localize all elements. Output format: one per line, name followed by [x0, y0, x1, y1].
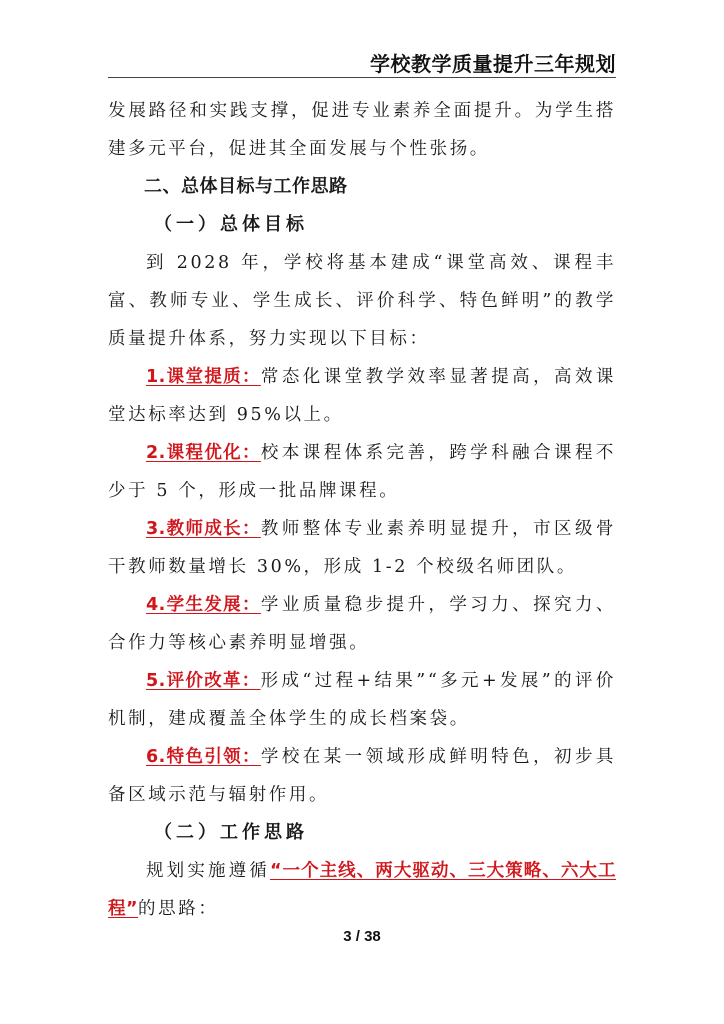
- paragraph-approach: 规划实施遵循“一个主线、两大驱动、三大策略、六大工程”的思路：: [108, 852, 616, 928]
- subsection-heading-goals: （一）总体目标: [108, 206, 616, 244]
- goal-item: 1.课堂提质：常态化课堂教学效率显著提高，高效课堂达标率达到 95%以上。: [108, 358, 616, 434]
- goal-label: 5.评价改革：: [146, 671, 261, 691]
- section-heading: 二、总体目标与工作思路: [108, 168, 616, 206]
- goal-label: 4.学生发展：: [146, 595, 261, 615]
- page-number: 3 / 38: [0, 928, 724, 945]
- goal-label: 6.特色引领：: [146, 747, 261, 767]
- page-body: 发展路径和实践支撑，促进专业素养全面提升。为学生搭建多元平台，促进其全面发展与个…: [108, 92, 616, 928]
- goal-item: 4.学生发展：学业质量稳步提升，学习力、探究力、合作力等核心素养明显增强。: [108, 586, 616, 662]
- goal-label: 3.教师成长：: [146, 519, 261, 539]
- goal-item: 5.评价改革：形成“过程+结果”“多元+发展”的评价机制，建成覆盖全体学生的成长…: [108, 662, 616, 738]
- header-divider: [108, 77, 616, 78]
- subsection-heading-approach: （二）工作思路: [108, 814, 616, 852]
- goal-label: 2.课程优化：: [146, 443, 261, 463]
- document-title: 学校教学质量提升三年规划: [370, 48, 616, 77]
- approach-prefix: 规划实施遵循: [146, 861, 270, 881]
- goal-label: 1.课堂提质：: [146, 367, 261, 387]
- paragraph-goals-intro: 到 2028 年，学校将基本建成“课堂高效、课程丰富、教师专业、学生成长、评价科…: [108, 244, 616, 358]
- approach-suffix: 的思路：: [138, 899, 218, 919]
- paragraph-intro-continuation: 发展路径和实践支撑，促进专业素养全面提升。为学生搭建多元平台，促进其全面发展与个…: [108, 92, 616, 168]
- goal-item: 3.教师成长：教师整体专业素养明显提升，市区级骨干教师数量增长 30%，形成 1…: [108, 510, 616, 586]
- goal-item: 2.课程优化：校本课程体系完善，跨学科融合课程不少于 5 个，形成一批品牌课程。: [108, 434, 616, 510]
- goal-item: 6.特色引领：学校在某一领域形成鲜明特色，初步具备区域示范与辐射作用。: [108, 738, 616, 814]
